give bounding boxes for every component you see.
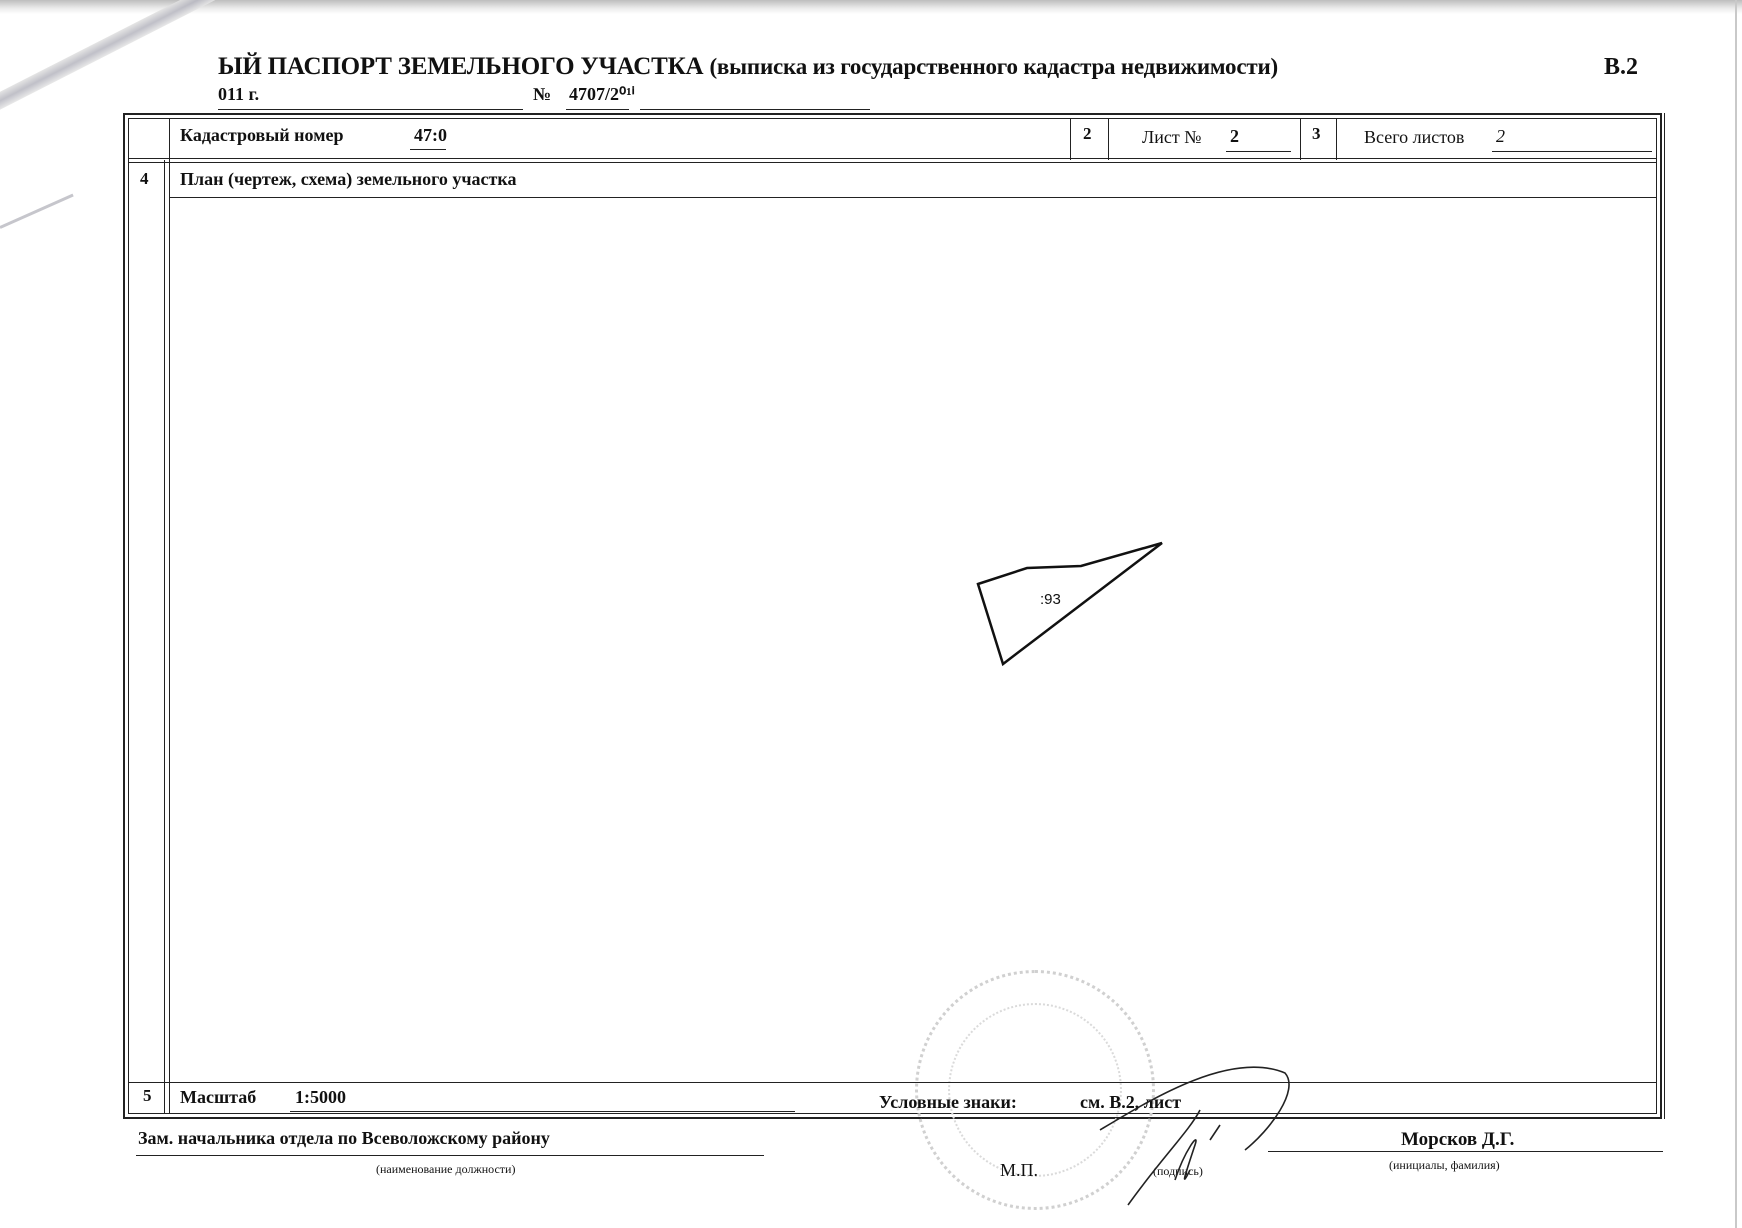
name-caption: (инициалы, фамилия) — [1389, 1158, 1500, 1173]
name-underline — [1268, 1151, 1663, 1152]
handwritten-signature — [0, 0, 1742, 1228]
signer-name: Морсков Д.Г. — [1401, 1129, 1514, 1151]
